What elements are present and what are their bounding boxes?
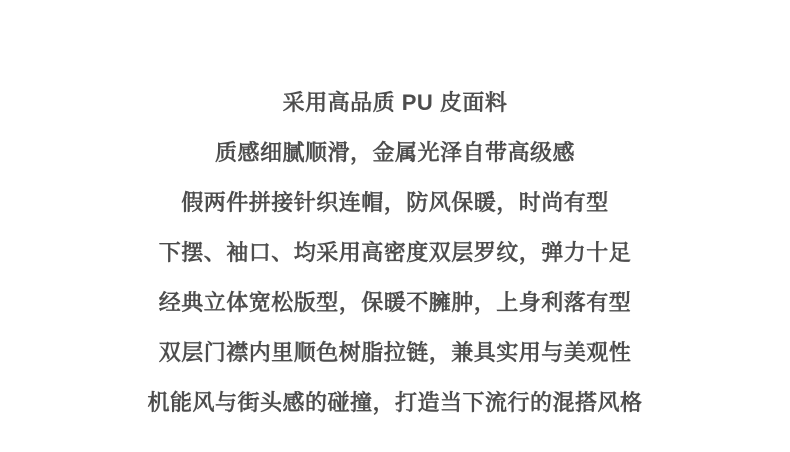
feature-line-hood: 假两件拼接针织连帽，防风保暖，时尚有型	[0, 178, 790, 228]
feature-line-fit: 经典立体宽松版型，保暖不臃肿，上身利落有型	[0, 278, 790, 328]
feature-line-style: 机能风与街头感的碰撞，打造当下流行的混搭风格	[0, 378, 790, 428]
product-description: 采用高品质 PU 皮面料 质感细腻顺滑，金属光泽自带高级感 假两件拼接针织连帽，…	[0, 0, 790, 428]
feature-line-ribbing: 下摆、袖口、均采用高密度双层罗纹，弹力十足	[0, 228, 790, 278]
feature-line-texture: 质感细腻顺滑，金属光泽自带高级感	[0, 128, 790, 178]
product-description-page: 采用高品质 PU 皮面料 质感细腻顺滑，金属光泽自带高级感 假两件拼接针织连帽，…	[0, 0, 790, 452]
feature-line-zipper: 双层门襟内里顺色树脂拉链，兼具实用与美观性	[0, 328, 790, 378]
feature-line-fabric: 采用高品质 PU 皮面料	[0, 78, 790, 128]
